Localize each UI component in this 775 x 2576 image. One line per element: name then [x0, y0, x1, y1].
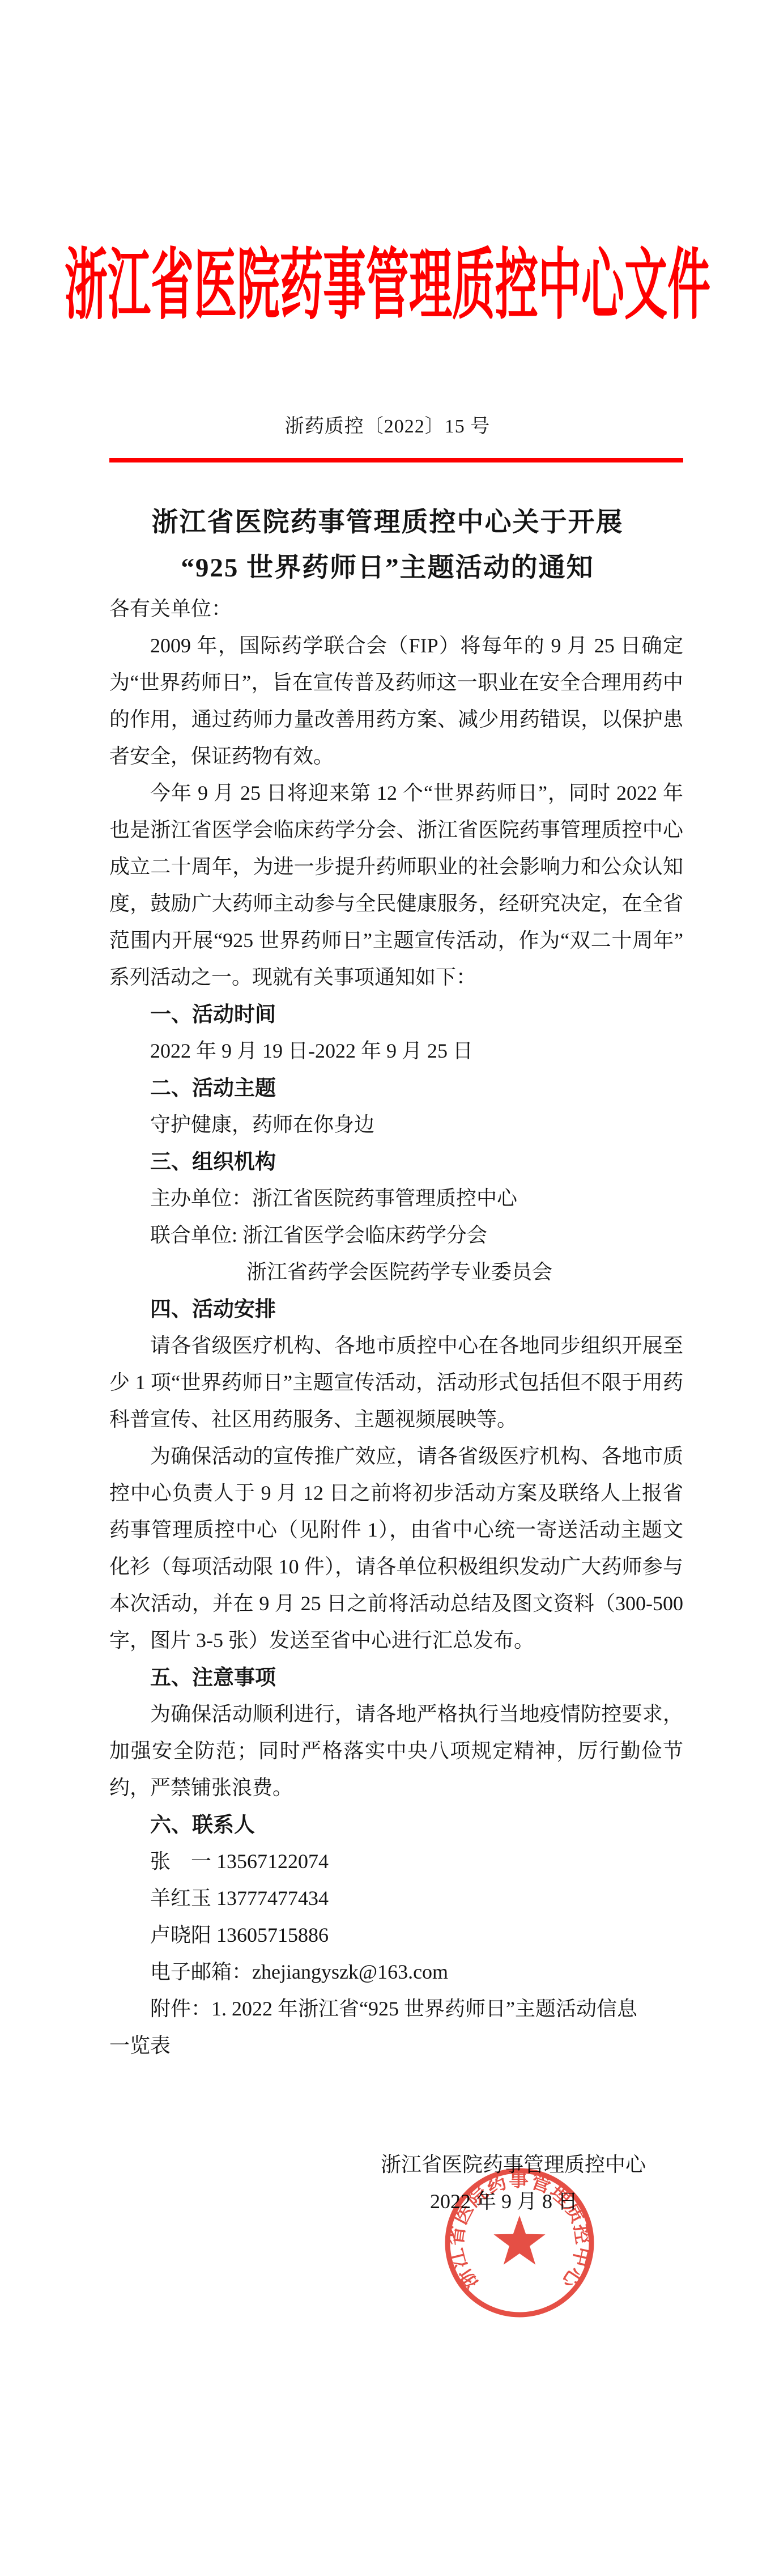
intro-paragraph-1: 2009 年，国际药学联合会（FIP）将每年的 9 月 25 日确定为“世界药师… — [109, 627, 683, 775]
document-title-line1: 浙江省医院药事管理质控中心关于开展 — [0, 500, 775, 545]
notes-paragraph: 为确保活动顺利进行，请各地严格执行当地疫情防控要求，加强安全防范；同时严格落实中… — [109, 1696, 683, 1806]
host-organizer-line: 主办单位：浙江省医院药事管理质控中心 — [109, 1180, 683, 1217]
signature-org: 浙江省医院药事管理质控中心 — [109, 2146, 683, 2183]
contact-line-2: 羊红玉 13777477434 — [109, 1880, 683, 1917]
document-title-line2: “925 世界药师日”主题活动的通知 — [0, 545, 775, 591]
arrangements-paragraph-1: 请各省级医疗机构、各地市质控中心在各地同步组织开展至少 1 项“世界药师日”主题… — [109, 1327, 683, 1438]
letterhead-org-title: 浙江省医院药事管理质控中心文件 — [65, 248, 710, 325]
red-divider-rule — [109, 458, 683, 462]
signature-date: 2022 年 9 月 8 日 — [109, 2183, 683, 2220]
activity-theme-value: 守护健康，药师在你身边 — [109, 1106, 683, 1143]
salutation: 各有关单位： — [109, 591, 683, 627]
document-body: 各有关单位： 2009 年，国际药学联合会（FIP）将每年的 9 月 25 日确… — [109, 591, 683, 2220]
co-organizer-line-2: 浙江省药学会医院药学专业委员会 — [109, 1254, 683, 1291]
contact-line-1: 张 一 13567122074 — [109, 1843, 683, 1880]
attachment-line-2: 一览表 — [109, 2027, 683, 2064]
activity-time-value: 2022 年 9 月 19 日-2022 年 9 月 25 日 — [109, 1033, 683, 1070]
section-heading-organizers: 三、组织机构 — [109, 1143, 683, 1180]
section-heading-contacts: 六、联系人 — [109, 1806, 683, 1843]
document-title: 浙江省医院药事管理质控中心关于开展 “925 世界药师日”主题活动的通知 — [0, 500, 775, 591]
section-heading-activity-time: 一、活动时间 — [109, 996, 683, 1033]
section-heading-notes: 五、注意事项 — [109, 1659, 683, 1696]
attachment-line-1: 附件：1. 2022 年浙江省“925 世界药师日”主题活动信息 — [109, 1991, 683, 2027]
co-organizer-line-1: 联合单位: 浙江省医学会临床药学分会 — [109, 1217, 683, 1254]
intro-paragraph-2: 今年 9 月 25 日将迎来第 12 个“世界药师日”，同时 2022 年也是浙… — [109, 775, 683, 996]
doc-number: 浙药质控〔2022〕15 号 — [0, 414, 775, 439]
seal-star-icon — [493, 2216, 545, 2265]
section-heading-activity-theme: 二、活动主题 — [109, 1070, 683, 1106]
contact-email-line: 电子邮箱：zhejiangyszk@163.com — [109, 1954, 683, 1991]
document-page: 浙江省医院药事管理质控中心文件 浙药质控〔2022〕15 号 浙江省医院药事管理… — [0, 0, 775, 2576]
attachment-note: 附件：1. 2022 年浙江省“925 世界药师日”主题活动信息 一览表 — [109, 1991, 683, 2064]
arrangements-paragraph-2: 为确保活动的宣传推广效应，请各省级医疗机构、各地市质控中心负责人于 9 月 12… — [109, 1438, 683, 1659]
letterhead-banner: 浙江省医院药事管理质控中心文件 — [0, 244, 775, 329]
contact-line-3: 卢晓阳 13605715886 — [109, 1917, 683, 1954]
section-heading-arrangements: 四、活动安排 — [109, 1291, 683, 1327]
signature-block: 浙江省医院药事管理质控中心 2022 年 9 月 8 日 — [109, 2146, 683, 2220]
